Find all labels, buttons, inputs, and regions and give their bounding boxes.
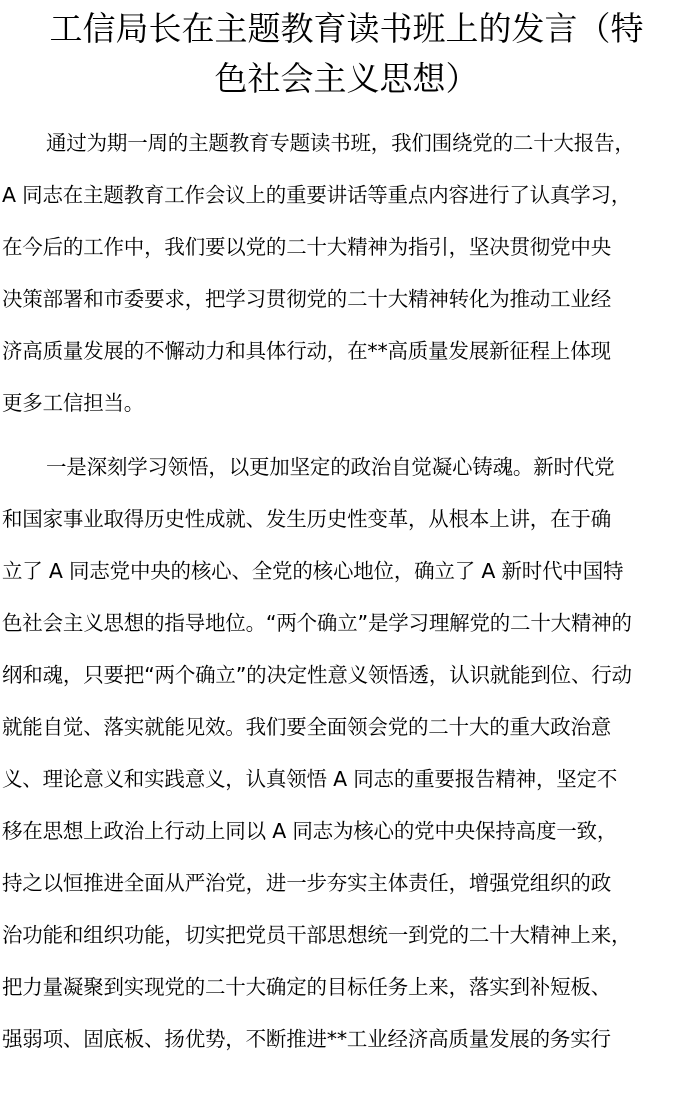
- text-line: 把力量凝聚到实现党的二十大确定的目标任务上来，落实到补短板、: [2, 974, 611, 1000]
- text-line: 强弱项、固底板、扬优势，不断推进**工业经济高质量发展的务实行: [2, 1026, 611, 1052]
- text-line: 立了 A 同志党中央的核心、全党的核心地位，确立了 A 新时代中国特: [2, 558, 623, 584]
- title-line-1: 工信局长在主题教育读书班上的发言（特: [0, 4, 693, 54]
- text-line: 治功能和组织功能，切实把党员干部思想统一到党的二十大精神上来，: [2, 922, 631, 948]
- text-line: 就能自觉、落实就能见效。我们要全面领会党的二十大的重大政治意: [2, 714, 611, 740]
- text-line: A 同志在主题教育工作会议上的重要讲话等重点内容进行了认真学习，: [2, 182, 631, 208]
- text-line: 持之以恒推进全面从严治党，进一步夯实主体责任，增强党组织的政: [2, 870, 611, 896]
- text-line: 色社会主义思想的指导地位。“两个确立”是学习理解党的二十大精神的: [2, 610, 632, 636]
- text-line: 和国家事业取得历史性成就、发生历史性变革，从根本上讲，在于确: [2, 506, 611, 532]
- text-line: 义、理论意义和实践意义，认真领悟 A 同志的重要报告精神，坚定不: [2, 766, 617, 792]
- text-line: 移在思想上政治上行动上同以 A 同志为核心的党中央保持高度一致，: [2, 818, 617, 844]
- text-line: 在今后的工作中，我们要以党的二十大精神为指引，坚决贯彻党中央: [2, 234, 611, 260]
- text-line: 通过为期一周的主题教育专题读书班，我们围绕党的二十大报告，: [46, 130, 635, 156]
- text-line: 决策部署和市委要求，把学习贯彻党的二十大精神转化为推动工业经: [2, 286, 611, 312]
- text-line: 纲和魂，只要把“两个确立”的决定性意义领悟透，认识就能到位、行动: [2, 662, 632, 688]
- document-title: 工信局长在主题教育读书班上的发言（特 色社会主义思想）: [0, 4, 693, 104]
- text-line: 更多工信担当。: [2, 390, 144, 416]
- text-line: 一是深刻学习领悟，以更加坚定的政治自觉凝心铸魂。新时代党: [46, 454, 614, 480]
- text-line: 济高质量发展的不懈动力和具体行动，在**高质量发展新征程上体现: [2, 338, 611, 364]
- title-line-2: 色社会主义思想）: [0, 54, 693, 104]
